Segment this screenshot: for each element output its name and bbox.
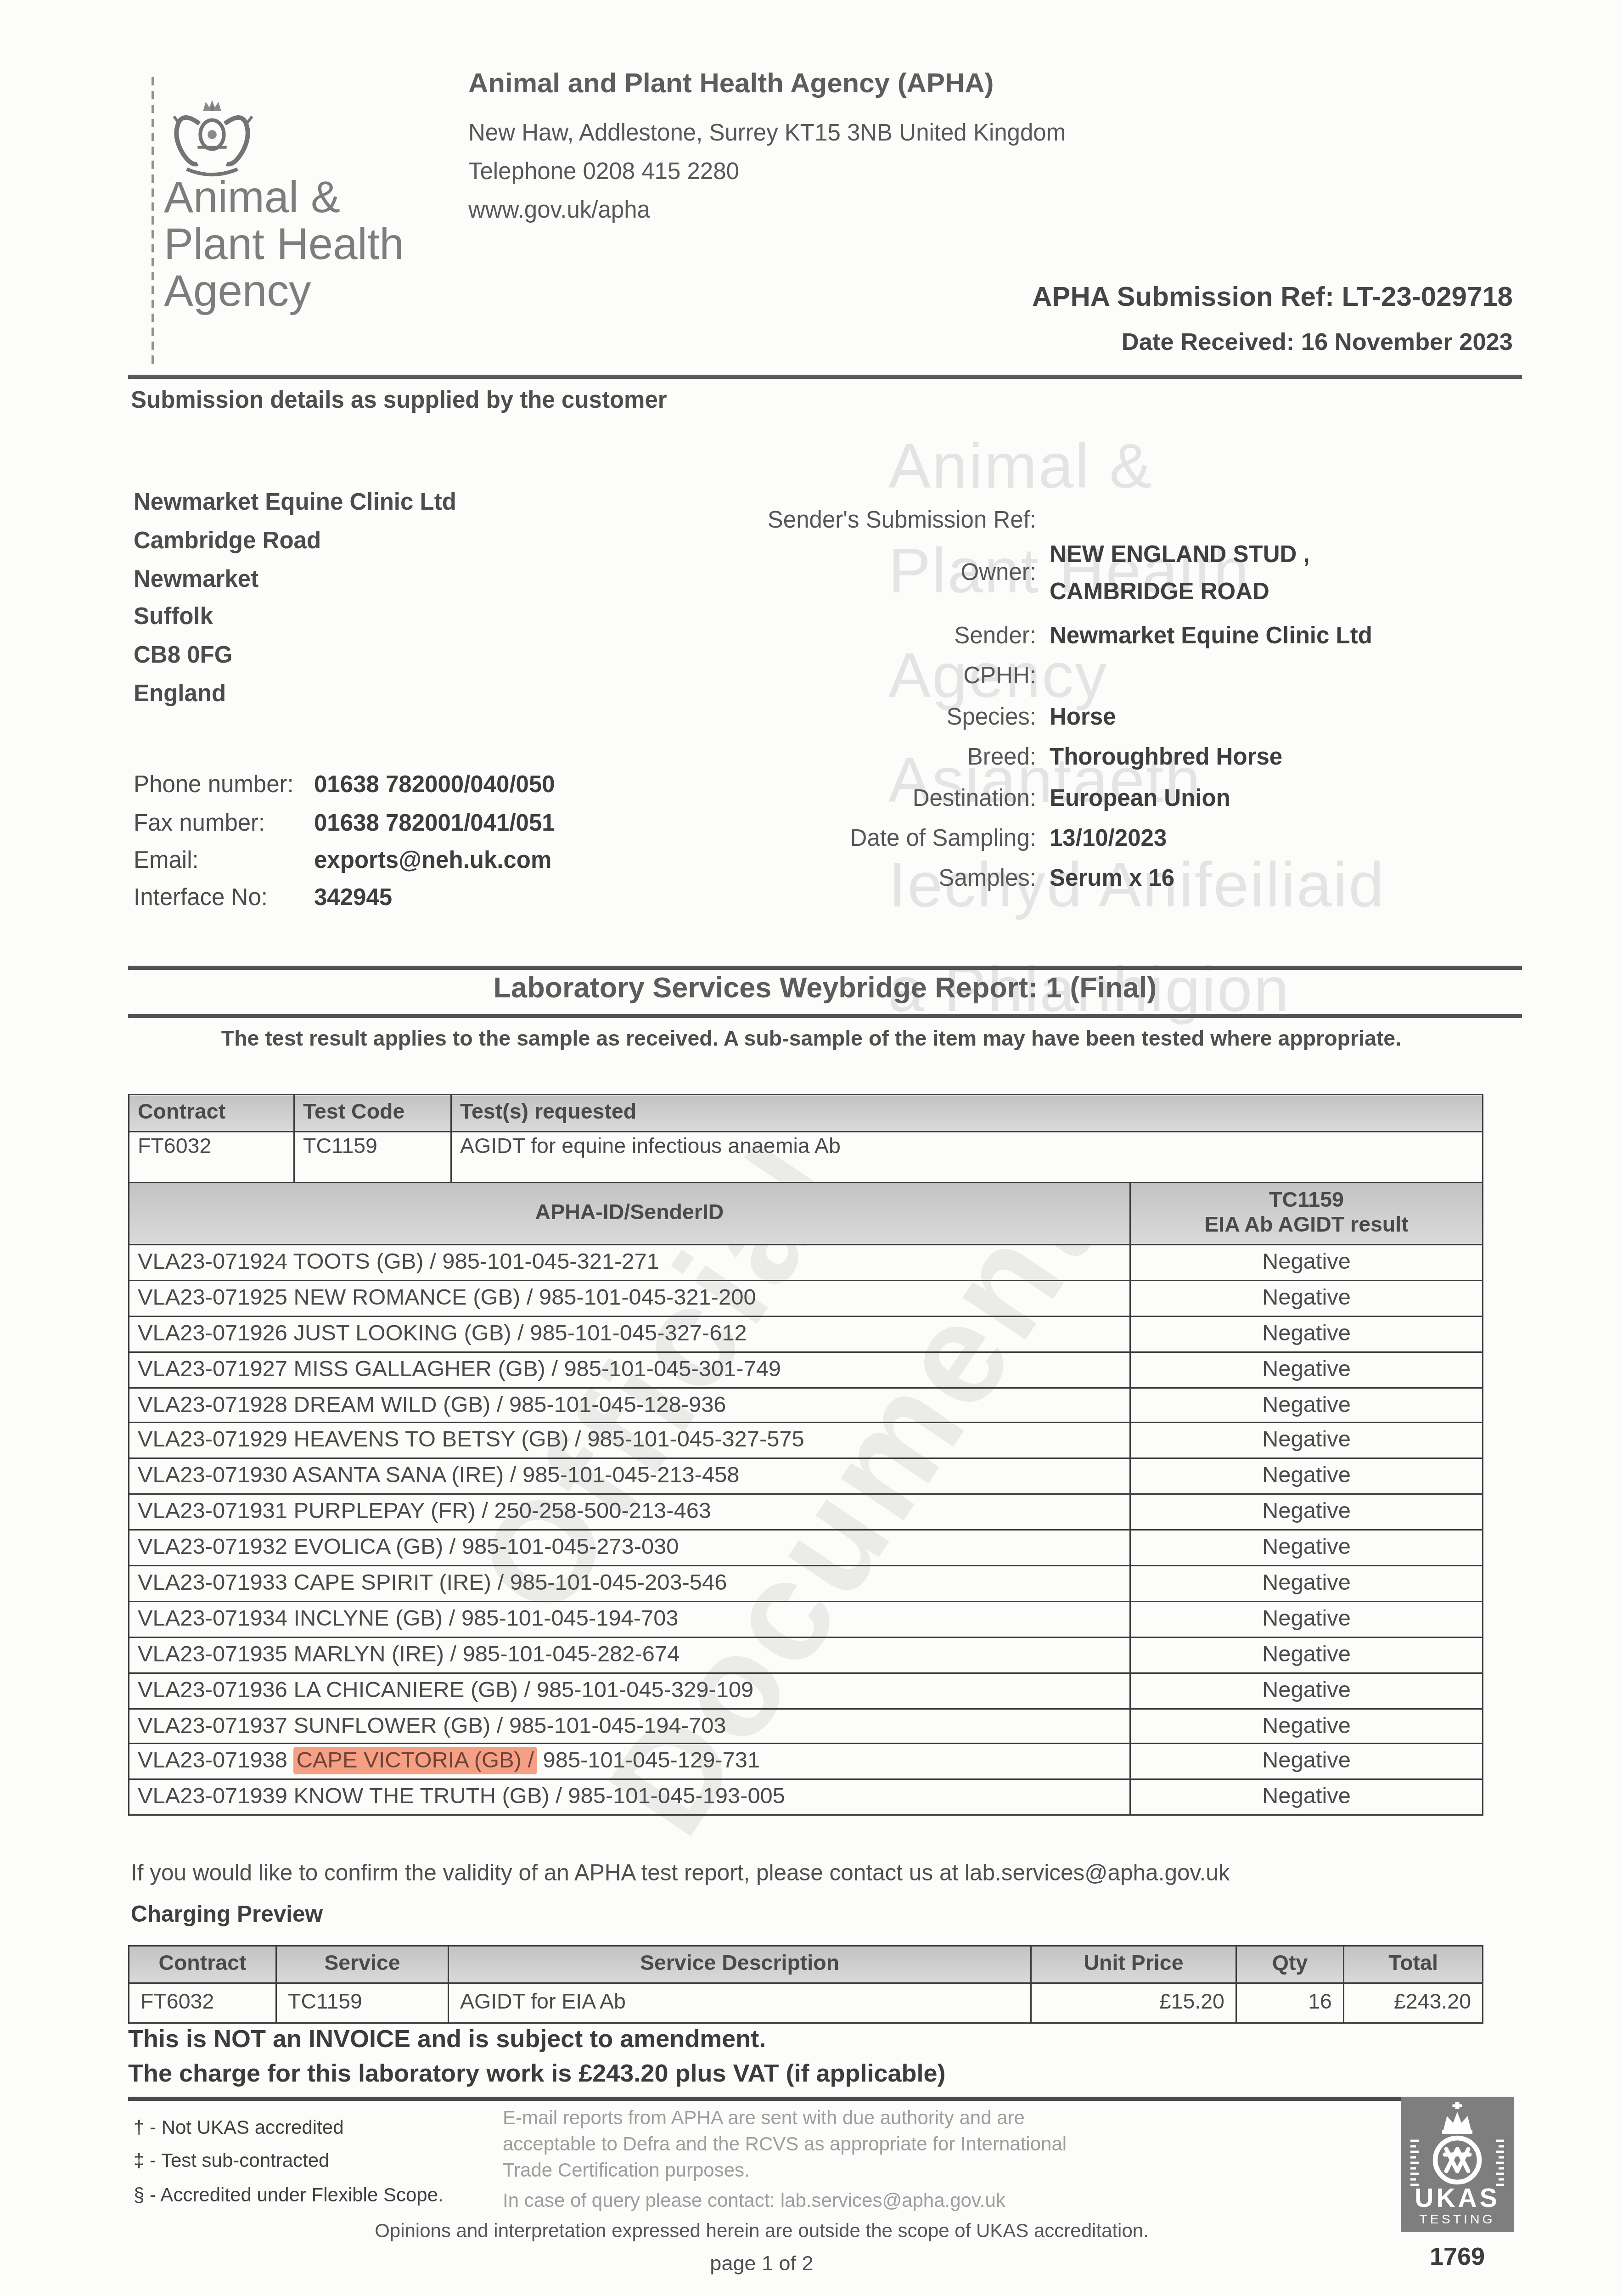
destination-value: European Union — [1050, 785, 1230, 813]
svg-text:TESTING: TESTING — [1419, 2212, 1495, 2227]
result-value: Negative — [1130, 1780, 1483, 1816]
sample-id: VLA23-071931 PURPLEPAY (FR) / 250-258-50… — [129, 1494, 1130, 1530]
sample-id: VLA23-071930 ASANTA SANA (IRE) / 985-101… — [129, 1459, 1130, 1495]
address-line: England — [134, 675, 456, 713]
title-rule-bottom — [128, 1014, 1522, 1018]
date-received: Date Received: 16 November 2023 — [1122, 328, 1513, 357]
sampling-date-label: Date of Sampling: — [850, 825, 1036, 853]
page-number: page 1 of 2 — [128, 2252, 1395, 2276]
sample-id: VLA23-071925 NEW ROMANCE (GB) / 985-101-… — [129, 1280, 1130, 1316]
charge-qty-header: Qty — [1236, 1946, 1344, 1983]
result-row: VLA23-071930 ASANTA SANA (IRE) / 985-101… — [129, 1459, 1483, 1495]
sample-id: VLA23-071929 HEAVENS TO BETSY (GB) / 985… — [129, 1423, 1130, 1459]
results-table: APHA-ID/SenderID TC1159 EIA Ab AGIDT res… — [128, 1182, 1483, 1816]
sample-id: VLA23-071926 JUST LOOKING (GB) / 985-101… — [129, 1316, 1130, 1352]
report-note: The test result applies to the sample as… — [191, 1025, 1431, 1054]
result-value: Negative — [1130, 1316, 1483, 1352]
result-header-code: TC1159 — [1136, 1189, 1477, 1214]
phone-label: Phone number: — [134, 771, 294, 799]
fax-value: 01638 782001/041/051 — [314, 810, 555, 838]
results-id-header: APHA-ID/SenderID — [129, 1183, 1130, 1245]
charge-amount-note: The charge for this laboratory work is £… — [128, 2060, 946, 2088]
result-row-highlighted: VLA23-071938 CAPE VICTORIA (GB) / 985-10… — [129, 1744, 1483, 1780]
result-row: VLA23-071929 HEAVENS TO BETSY (GB) / 985… — [129, 1423, 1483, 1459]
royal-crest-icon — [167, 96, 258, 182]
apha-report-page: Animal & Plant Health Agency Asiantaeth … — [0, 0, 1623, 2296]
address-line: Suffolk — [134, 598, 456, 636]
results-result-header: TC1159 EIA Ab AGIDT result — [1130, 1183, 1483, 1245]
sender-submission-ref-label: Sender's Submission Ref: — [768, 507, 1036, 535]
result-value: Negative — [1130, 1280, 1483, 1316]
sample-id-prefix: VLA23-071938 — [138, 1749, 294, 1773]
interface-value: 342945 — [314, 884, 392, 912]
footnote-subcontracted: ‡ - Test sub-contracted — [134, 2149, 329, 2171]
sender-value: Newmarket Equine Clinic Ltd — [1050, 623, 1372, 650]
result-row: VLA23-071927 MISS GALLAGHER (GB) / 985-1… — [129, 1352, 1483, 1388]
scanned-report-viewport: Animal & Plant Health Agency Asiantaeth … — [0, 0, 1623, 2296]
footnote-not-ukas: † - Not UKAS accredited — [134, 2116, 344, 2138]
test-code-header: Test Code — [294, 1095, 451, 1132]
query-contact-note: In case of query please contact: lab.ser… — [503, 2189, 1081, 2211]
result-row: VLA23-071931 PURPLEPAY (FR) / 250-258-50… — [129, 1494, 1483, 1530]
footer-rule — [128, 2097, 1475, 2100]
email-label: Email: — [134, 847, 199, 875]
address-line: CB8 0FG — [134, 637, 456, 675]
fax-label: Fax number: — [134, 810, 265, 838]
charge-description-header: Service Description — [449, 1946, 1031, 1983]
tests-requested-header: Test(s) requested — [451, 1095, 1483, 1132]
ukas-testing-logo: UKAS TESTING — [1397, 2094, 1518, 2237]
email-value: exports@neh.uk.com — [314, 847, 551, 875]
contract-table: Contract Test Code Test(s) requested FT6… — [128, 1094, 1483, 1183]
charging-preview-heading: Charging Preview — [131, 1902, 323, 1929]
result-value: Negative — [1130, 1494, 1483, 1530]
charge-description: AGIDT for EIA Ab — [449, 1983, 1031, 2023]
result-value: Negative — [1130, 1601, 1483, 1637]
not-invoice-note: This is NOT an INVOICE and is subject to… — [128, 2025, 766, 2054]
destination-label: Destination: — [913, 785, 1036, 813]
species-label: Species: — [946, 704, 1036, 732]
charge-service: TC1159 — [276, 1983, 449, 2023]
sample-id: VLA23-071937 SUNFLOWER (GB) / 985-101-04… — [129, 1708, 1130, 1744]
contract-row: FT6032 TC1159 AGIDT for equine infectiou… — [129, 1132, 1483, 1183]
result-row: VLA23-071928 DREAM WILD (GB) / 985-101-0… — [129, 1387, 1483, 1423]
charge-total: £243.20 — [1344, 1983, 1483, 2023]
owner-value-line2: CAMBRIDGE ROAD — [1050, 579, 1269, 606]
cphh-label: CPHH: — [963, 663, 1036, 690]
logo-line: Agency — [164, 267, 404, 314]
phone-value: 01638 782000/040/050 — [314, 771, 555, 799]
charge-contract: FT6032 — [129, 1983, 276, 2023]
charge-contract-header: Contract — [129, 1946, 276, 1983]
result-value: Negative — [1130, 1708, 1483, 1744]
result-row: VLA23-071936 LA CHICANIERE (GB) / 985-10… — [129, 1673, 1483, 1709]
sender-label: Sender: — [954, 623, 1036, 650]
logo-line: Plant Health — [164, 220, 404, 267]
result-header-test: EIA Ab AGIDT result — [1136, 1214, 1477, 1238]
sample-id: VLA23-071934 INCLYNE (GB) / 985-101-045-… — [129, 1601, 1130, 1637]
sample-id: VLA23-071924 TOOTS (GB) / 985-101-045-32… — [129, 1245, 1130, 1281]
highlight-mark: CAPE VICTORIA (GB) / — [294, 1747, 537, 1775]
breed-value: Thoroughbred Horse — [1050, 744, 1282, 771]
sample-id: VLA23-071936 LA CHICANIERE (GB) / 985-10… — [129, 1673, 1130, 1709]
address-line: Newmarket Equine Clinic Ltd — [134, 484, 456, 522]
result-value: Negative — [1130, 1352, 1483, 1388]
email-reports-note: E-mail reports from APHA are sent with d… — [503, 2105, 1067, 2183]
result-row: VLA23-071932 EVOLICA (GB) / 985-101-045-… — [129, 1530, 1483, 1566]
logo-stitch-line — [152, 77, 154, 364]
sample-id: VLA23-071928 DREAM WILD (GB) / 985-101-0… — [129, 1387, 1130, 1423]
svg-text:UKAS: UKAS — [1415, 2183, 1500, 2213]
sample-id: VLA23-071927 MISS GALLAGHER (GB) / 985-1… — [129, 1352, 1130, 1388]
result-value: Negative — [1130, 1423, 1483, 1459]
address-line: Newmarket — [134, 560, 456, 598]
result-value: Negative — [1130, 1530, 1483, 1566]
agency-address: New Haw, Addlestone, Surrey KT15 3NB Uni… — [468, 114, 1066, 153]
sample-id: VLA23-071935 MARLYN (IRE) / 985-101-045-… — [129, 1637, 1130, 1673]
result-row: VLA23-071926 JUST LOOKING (GB) / 985-101… — [129, 1316, 1483, 1352]
address-line: Cambridge Road — [134, 522, 456, 560]
logo-line: Animal & — [164, 174, 404, 220]
test-code-cell: TC1159 — [294, 1132, 451, 1183]
charging-row: FT6032 TC1159 AGIDT for EIA Ab £15.20 16… — [129, 1983, 1483, 2023]
samples-value: Serum x 16 — [1050, 865, 1174, 893]
samples-label: Samples: — [938, 865, 1036, 893]
agency-telephone: Telephone 0208 415 2280 — [468, 153, 1066, 191]
charge-qty: 16 — [1236, 1983, 1344, 2023]
contract-cell: FT6032 — [129, 1132, 294, 1183]
owner-label: Owner: — [961, 559, 1036, 587]
sample-id: VLA23-071939 KNOW THE TRUTH (GB) / 985-1… — [129, 1780, 1130, 1816]
result-value: Negative — [1130, 1673, 1483, 1709]
agency-contact-block: Animal and Plant Health Agency (APHA) Ne… — [468, 69, 1066, 230]
result-row: VLA23-071939 KNOW THE TRUTH (GB) / 985-1… — [129, 1780, 1483, 1816]
result-row: VLA23-071935 MARLYN (IRE) / 985-101-045-… — [129, 1637, 1483, 1673]
result-row: VLA23-071934 INCLYNE (GB) / 985-101-045-… — [129, 1601, 1483, 1637]
tests-requested-cell: AGIDT for equine infectious anaemia Ab — [451, 1132, 1483, 1183]
submission-details-heading: Submission details as supplied by the cu… — [131, 387, 667, 415]
sample-id-suffix: 985-101-045-129-731 — [537, 1749, 760, 1773]
result-value: Negative — [1130, 1566, 1483, 1602]
charging-table: Contract Service Service Description Uni… — [128, 1945, 1483, 2024]
result-row: VLA23-071937 SUNFLOWER (GB) / 985-101-04… — [129, 1708, 1483, 1744]
apha-logo-wordmark: Animal & Plant Health Agency — [164, 174, 404, 314]
result-value: Negative — [1130, 1387, 1483, 1423]
customer-address-block: Newmarket Equine Clinic Ltd Cambridge Ro… — [134, 484, 456, 713]
sample-id: VLA23-071932 EVOLICA (GB) / 985-101-045-… — [129, 1530, 1130, 1566]
sample-id: VLA23-071933 CAPE SPIRIT (IRE) / 985-101… — [129, 1566, 1130, 1602]
opinions-note: Opinions and interpretation expressed he… — [128, 2219, 1395, 2241]
agency-website: www.gov.uk/apha — [468, 191, 1066, 230]
owner-value-line1: NEW ENGLAND STUD , — [1050, 541, 1310, 569]
species-value: Horse — [1050, 704, 1116, 732]
interface-label: Interface No: — [134, 884, 268, 912]
contract-header: Contract — [129, 1095, 294, 1132]
report-title: Laboratory Services Weybridge Report: 1 … — [128, 973, 1522, 1006]
result-value: Negative — [1130, 1744, 1483, 1780]
result-value: Negative — [1130, 1637, 1483, 1673]
charge-unit-price: £15.20 — [1031, 1983, 1236, 2023]
submission-ref: APHA Submission Ref: LT-23-029718 — [1032, 282, 1513, 314]
title-rule-top — [128, 966, 1522, 970]
watermark-line: Asiantaeth — [888, 727, 1385, 832]
watermark-line: Animal & — [888, 413, 1385, 518]
validity-note: If you would like to confirm the validit… — [131, 1861, 1230, 1887]
header-rule — [128, 375, 1522, 379]
footnote-flexible-scope: § - Accredited under Flexible Scope. — [134, 2183, 444, 2206]
result-row: VLA23-071933 CAPE SPIRIT (IRE) / 985-101… — [129, 1566, 1483, 1602]
agency-title: Animal and Plant Health Agency (APHA) — [468, 69, 1066, 101]
charge-total-header: Total — [1344, 1946, 1483, 1983]
result-row: VLA23-071924 TOOTS (GB) / 985-101-045-32… — [129, 1245, 1483, 1281]
sampling-date-value: 13/10/2023 — [1050, 825, 1167, 853]
result-value: Negative — [1130, 1459, 1483, 1495]
sample-id: VLA23-071938 CAPE VICTORIA (GB) / 985-10… — [129, 1744, 1130, 1780]
charge-unit-price-header: Unit Price — [1031, 1946, 1236, 1983]
result-value: Negative — [1130, 1245, 1483, 1281]
result-row: VLA23-071925 NEW ROMANCE (GB) / 985-101-… — [129, 1280, 1483, 1316]
charge-service-header: Service — [276, 1946, 449, 1983]
breed-label: Breed: — [967, 744, 1036, 771]
ukas-accreditation-number: 1769 — [1397, 2243, 1518, 2272]
